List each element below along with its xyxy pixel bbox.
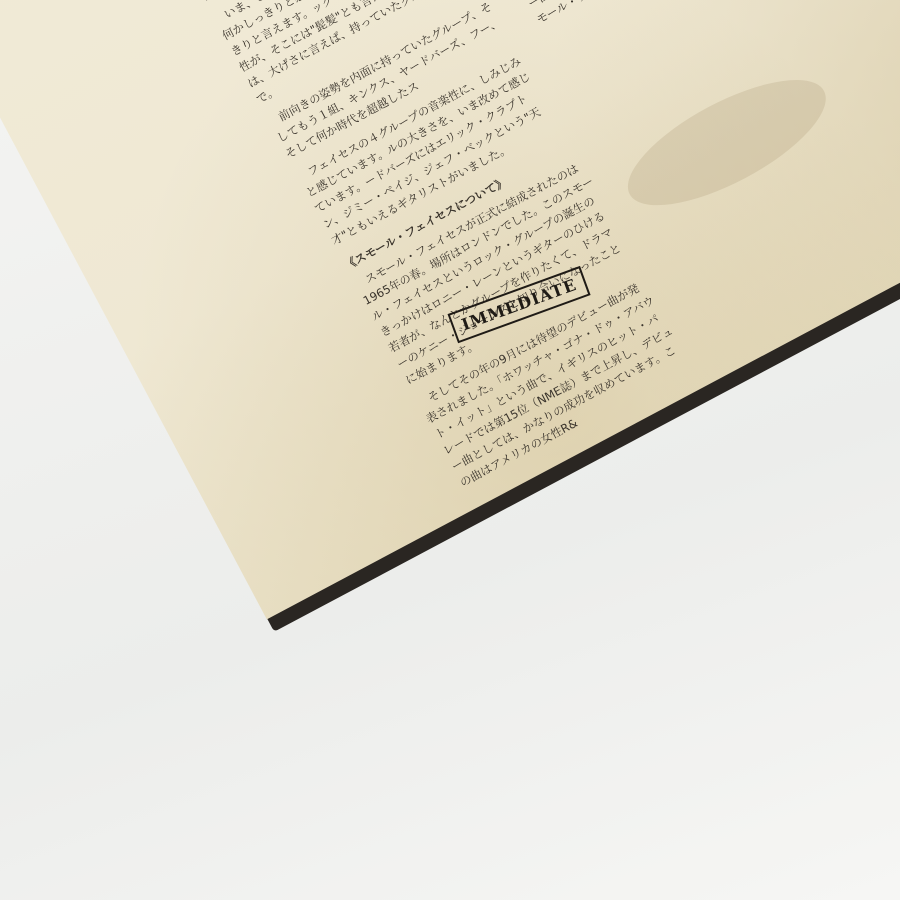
liner-notes-column-1: ーリング・ストーンズは別格として、いま改めてギリスのロックン・ロール・グループの… <box>164 0 698 498</box>
paragraph: こうして1967年7月に移籍してのデビュー曲「イッチクー・パーク」では、新しいス… <box>516 0 744 28</box>
stain <box>611 56 843 230</box>
